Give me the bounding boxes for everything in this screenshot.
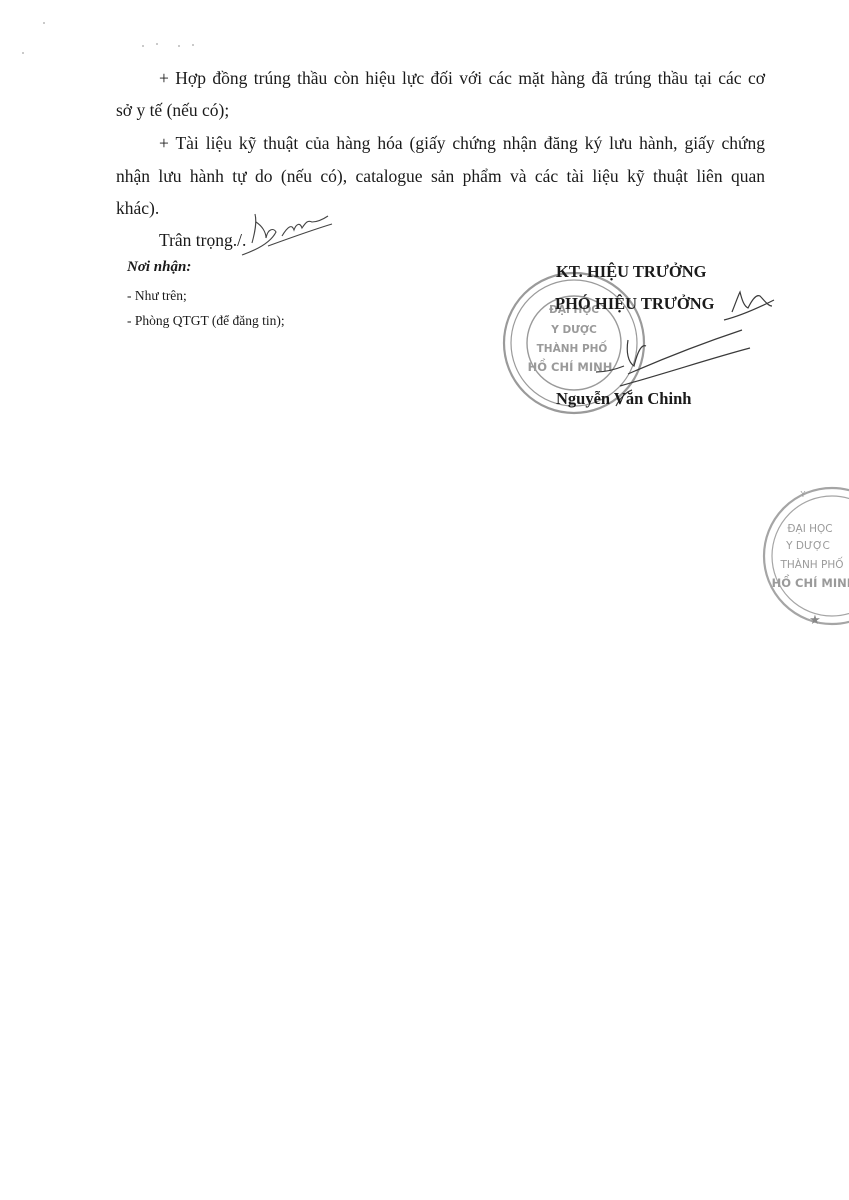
body-line-2: sở y tế (nếu có); (116, 100, 229, 121)
svg-text:THÀNH PHỐ: THÀNH PHỐ (779, 557, 843, 571)
signature-title-line2: PHÓ HIỆU TRƯỞNG (555, 294, 715, 314)
body-line-5: khác). (116, 198, 159, 219)
initials-signature (242, 214, 332, 255)
svg-text:HỒ CHÍ MINH: HỒ CHÍ MINH (772, 573, 849, 590)
recipients-title: Nơi nhận: (127, 259, 191, 276)
svg-text:Y DƯỢC: Y DƯỢC (550, 324, 597, 336)
svg-text:HỒ CHÍ MINH: HỒ CHÍ MINH (528, 357, 613, 374)
body-line-4: nhận lưu hành tự do (nếu có), catalogue … (116, 166, 765, 187)
main-stamp-text: ĐẠI HỌC Y DƯỢC THÀNH PHỐ HỒ CHÍ MINH (528, 304, 613, 374)
signature-title-line1: KT. HIỆU TRƯỞNG (556, 262, 707, 282)
body-line-1: + Hợp đồng trúng thầu còn hiệu lực đối v… (159, 68, 765, 89)
signer-name: Nguyễn Văn Chinh (556, 389, 691, 409)
edge-stamp-text: Y ĐẠI HỌC Y DƯỢC THÀNH PHỐ HỒ CHÍ MINH ★ (772, 490, 849, 628)
body-line-3: + Tài liệu kỹ thuật của hàng hóa (giấy c… (159, 133, 765, 154)
recipient-item: - Như trên; (127, 288, 187, 304)
svg-text:Y DƯỢC: Y DƯỢC (785, 540, 830, 552)
svg-text:Y: Y (800, 490, 806, 499)
svg-text:ĐẠI HỌC: ĐẠI HỌC (787, 523, 832, 535)
svg-text:THÀNH PHỐ: THÀNH PHỐ (537, 340, 608, 355)
edge-stamp (764, 488, 849, 624)
recipient-item: - Phòng QTGT (để đăng tin); (127, 313, 285, 329)
svg-text:★: ★ (809, 613, 821, 628)
closing-text: Trân trọng./. (159, 230, 246, 251)
